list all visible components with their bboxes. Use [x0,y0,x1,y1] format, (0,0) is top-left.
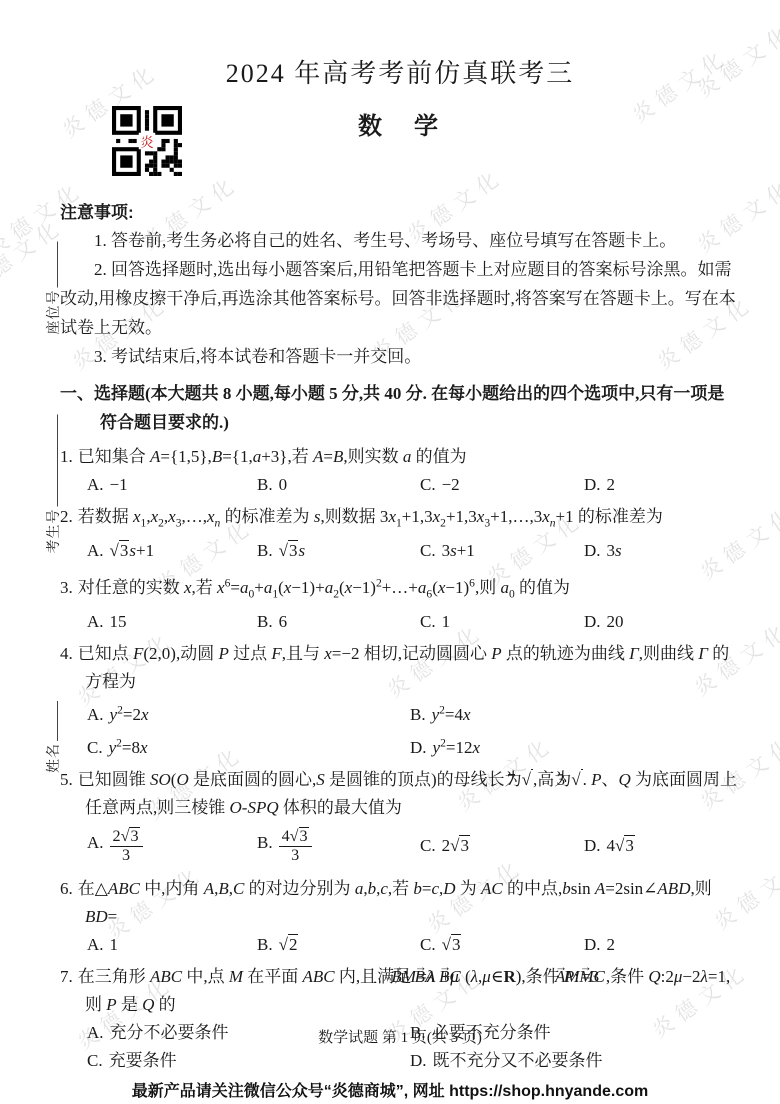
option-text: 充要条件 [109,1051,177,1070]
exam-title: 2024 年高考考前仿真联考三 [60,58,740,90]
options-row: A.−1B.0C.−2D.2 [60,471,740,499]
option: A.−1 [87,471,257,499]
option: D.2 [584,471,740,499]
option: B.6 [257,608,420,636]
option-text: 3s+1 [442,541,475,560]
exam-subject: 数 学 [60,112,740,142]
option-text: 2√3 [442,836,470,855]
option-label: C. [420,836,436,855]
option-text: −2 [442,475,460,494]
options-row: A.1B.√2C.√3D.2 [60,931,740,959]
option-text: 4√33 [279,833,312,852]
question-stem: 7.在三角形 ABC 中,点 M 在平面 ABC 内,且满足 BM=λ BA+μ… [60,963,740,1019]
option: C.2√3 [420,832,584,860]
question-text: 已知点 F(2,0),动圆 P 过点 F,且与 x=−2 相切,记动圆圆心 P … [78,644,729,691]
options-row: A.√3s+1B.√3sC.3s+1D.3s [60,537,740,565]
question: 7.在三角形 ABC 中,点 M 在平面 ABC 内,且满足 BM=λ BA+μ… [60,963,740,1075]
option-label: A. [87,833,104,852]
option-text: 6 [279,612,288,631]
question: 2.若数据 x1,x2,x3,…,xn 的标准差为 s,则数据 3x1+1,3x… [60,503,740,565]
question-stem: 1.已知集合 A={1,5},B={1,a+3},若 A=B,则实数 a 的值为 [60,443,740,471]
option: C.−2 [420,471,584,499]
option-text: 3s [607,541,622,560]
option-text: y2=2x [110,705,149,724]
option-text: 15 [110,612,127,631]
option: A.15 [87,608,257,636]
option-text: −1 [110,475,128,494]
option-label: B. [257,935,273,954]
option: D.20 [584,608,740,636]
question-text: 已知圆锥 SO(O 是底面圆的圆心,S 是圆锥的顶点)的母线长为√7,高为√3.… [78,770,737,817]
footer-page-label: 数学试题 第 1 页(共 5 页) [60,1026,740,1047]
question: 6.在△ABC 中,内角 A,B,C 的对边分别为 a,b,c,若 b=c,D … [60,875,740,959]
option: A.2√33 [87,827,257,866]
exam-page: 炎德文化炎德文化炎德文化炎德文化炎德文化炎德文化炎德文化炎德文化炎德文化炎德文化… [0,0,780,1104]
question-number: 5. [60,770,73,789]
option-label: B. [257,475,273,494]
option-text: √3 [442,935,462,954]
option-label: B. [257,612,273,631]
option-label: C. [420,475,436,494]
option-label: A. [87,612,104,631]
option-label: C. [420,612,436,631]
option: B.y2=4x [410,696,740,729]
option-label: C. [87,738,103,757]
option-label: C. [87,1051,103,1070]
question-text: 在△ABC 中,内角 A,B,C 的对边分别为 a,b,c,若 b=c,D 为 … [78,879,712,926]
option: A.y2=2x [87,696,410,729]
question: 4.已知点 F(2,0),动圆 P 过点 F,且与 x=−2 相切,记动圆圆心 … [60,640,740,761]
option-label: D. [410,1051,427,1070]
option: A.√3s+1 [87,537,257,565]
option-label: D. [410,738,427,757]
question: 5.已知圆锥 SO(O 是底面圆的圆心,S 是圆锥的顶点)的母线长为√7,高为√… [60,766,740,871]
option-label: D. [584,836,601,855]
option: B.0 [257,471,420,499]
notice-item: 2. 回答选择题时,选出每小题答案后,用铅笔把答题卡上对应题目的答案标号涂黑。如… [60,255,740,342]
question-text: 对任意的实数 x,若 x6=a0+a1(x−1)+a2(x−1)2+…+a6(x… [78,578,570,597]
options-row: A.15B.6C.1D.20 [60,608,740,636]
option: D.y2=12x [410,729,740,762]
question-number: 1. [60,447,73,466]
option: B.√3s [257,537,420,565]
question-number: 7. [60,967,73,986]
option-text: 0 [279,475,288,494]
option-text: 4√3 [607,836,635,855]
option-text: 2√33 [110,833,143,852]
option: C.1 [420,608,584,636]
option-label: D. [584,475,601,494]
option-label: B. [257,833,273,852]
question-text: 若数据 x1,x2,x3,…,xn 的标准差为 s,则数据 3x1+1,3x2+… [78,507,663,526]
option: D.既不充分又不必要条件 [410,1047,740,1075]
option-label: A. [87,705,104,724]
question-list: 1.已知集合 A={1,5},B={1,a+3},若 A=B,则实数 a 的值为… [60,443,740,1075]
option-text: y2=4x [432,705,471,724]
options-row: A.2√33B.4√33C.2√3D.4√3 [60,822,740,871]
candidate-number-line [55,415,58,507]
option: D.2 [584,931,740,959]
question-stem: 5.已知圆锥 SO(O 是底面圆的圆心,S 是圆锥的顶点)的母线长为√7,高为√… [60,766,740,822]
option-text: 1 [110,935,119,954]
option: C.充要条件 [87,1047,410,1075]
option-text: y2=8x [109,738,148,757]
page-content: 2024 年高考考前仿真联考三 数 学 注意事项: 1. 答卷前,考生务必将自己… [60,0,740,1079]
notice-item: 3. 考试结束后,将本试卷和答题卡一并交回。 [60,342,740,371]
notice-item: 1. 答卷前,考生务必将自己的姓名、考生号、考场号、座位号填写在答题卡上。 [60,226,740,255]
option: B.4√33 [257,827,420,866]
option: D.3s [584,537,740,565]
question: 1.已知集合 A={1,5},B={1,a+3},若 A=B,则实数 a 的值为… [60,443,740,499]
question-text: 在三角形 ABC 中,点 M 在平面 ABC 内,且满足 BM=λ BA+μ B… [78,967,730,1014]
section-heading: 一、选择题(本大题共 8 小题,每小题 5 分,共 40 分. 在每小题给出的四… [60,379,740,437]
option-label: C. [420,541,436,560]
option-label: A. [87,475,104,494]
question-stem: 2.若数据 x1,x2,x3,…,xn 的标准差为 s,则数据 3x1+1,3x… [60,503,740,537]
name-line [55,701,58,741]
option-text: √3s [279,541,305,560]
option-label: B. [410,705,426,724]
option-text: √2 [279,935,299,954]
question-number: 4. [60,644,73,663]
question-number: 6. [60,879,73,898]
option-text: 既不充分又不必要条件 [433,1051,603,1070]
option: A.1 [87,931,257,959]
option-text: √3s+1 [110,541,155,560]
question-number: 2. [60,507,73,526]
option-text: 20 [607,612,624,631]
option-label: D. [584,935,601,954]
option-label: D. [584,612,601,631]
option: C.3s+1 [420,537,584,565]
option-label: A. [87,935,104,954]
notice-section: 注意事项: 1. 答卷前,考生务必将自己的姓名、考生号、考场号、座位号填写在答题… [60,200,740,371]
question-text: 已知集合 A={1,5},B={1,a+3},若 A=B,则实数 a 的值为 [78,447,467,466]
option-label: C. [420,935,436,954]
option-label: B. [257,541,273,560]
question: 3.对任意的实数 x,若 x6=a0+a1(x−1)+a2(x−1)2+…+a6… [60,569,740,636]
question-stem: 3.对任意的实数 x,若 x6=a0+a1(x−1)+a2(x−1)2+…+a6… [60,569,740,608]
option: C.y2=8x [87,729,410,762]
question-stem: 6.在△ABC 中,内角 A,B,C 的对边分别为 a,b,c,若 b=c,D … [60,875,740,931]
option-text: 1 [442,612,451,631]
option: C.√3 [420,931,584,959]
notice-heading: 注意事项: [60,200,740,226]
options-row: A.y2=2xB.y2=4xC.y2=8xD.y2=12x [60,696,740,761]
option: B.√2 [257,931,420,959]
option-text: 2 [607,935,616,954]
option: D.4√3 [584,832,740,860]
option-label: A. [87,541,104,560]
option-label: D. [584,541,601,560]
option-text: y2=12x [433,738,480,757]
question-stem: 4.已知点 F(2,0),动圆 P 过点 F,且与 x=−2 相切,记动圆圆心 … [60,640,740,696]
option-text: 2 [607,475,616,494]
seat-number-line [55,242,58,288]
question-number: 3. [60,578,73,597]
publisher-note: 最新产品请关注微信公众号“炎德商城”, 网址 https://shop.hnya… [0,1078,780,1101]
